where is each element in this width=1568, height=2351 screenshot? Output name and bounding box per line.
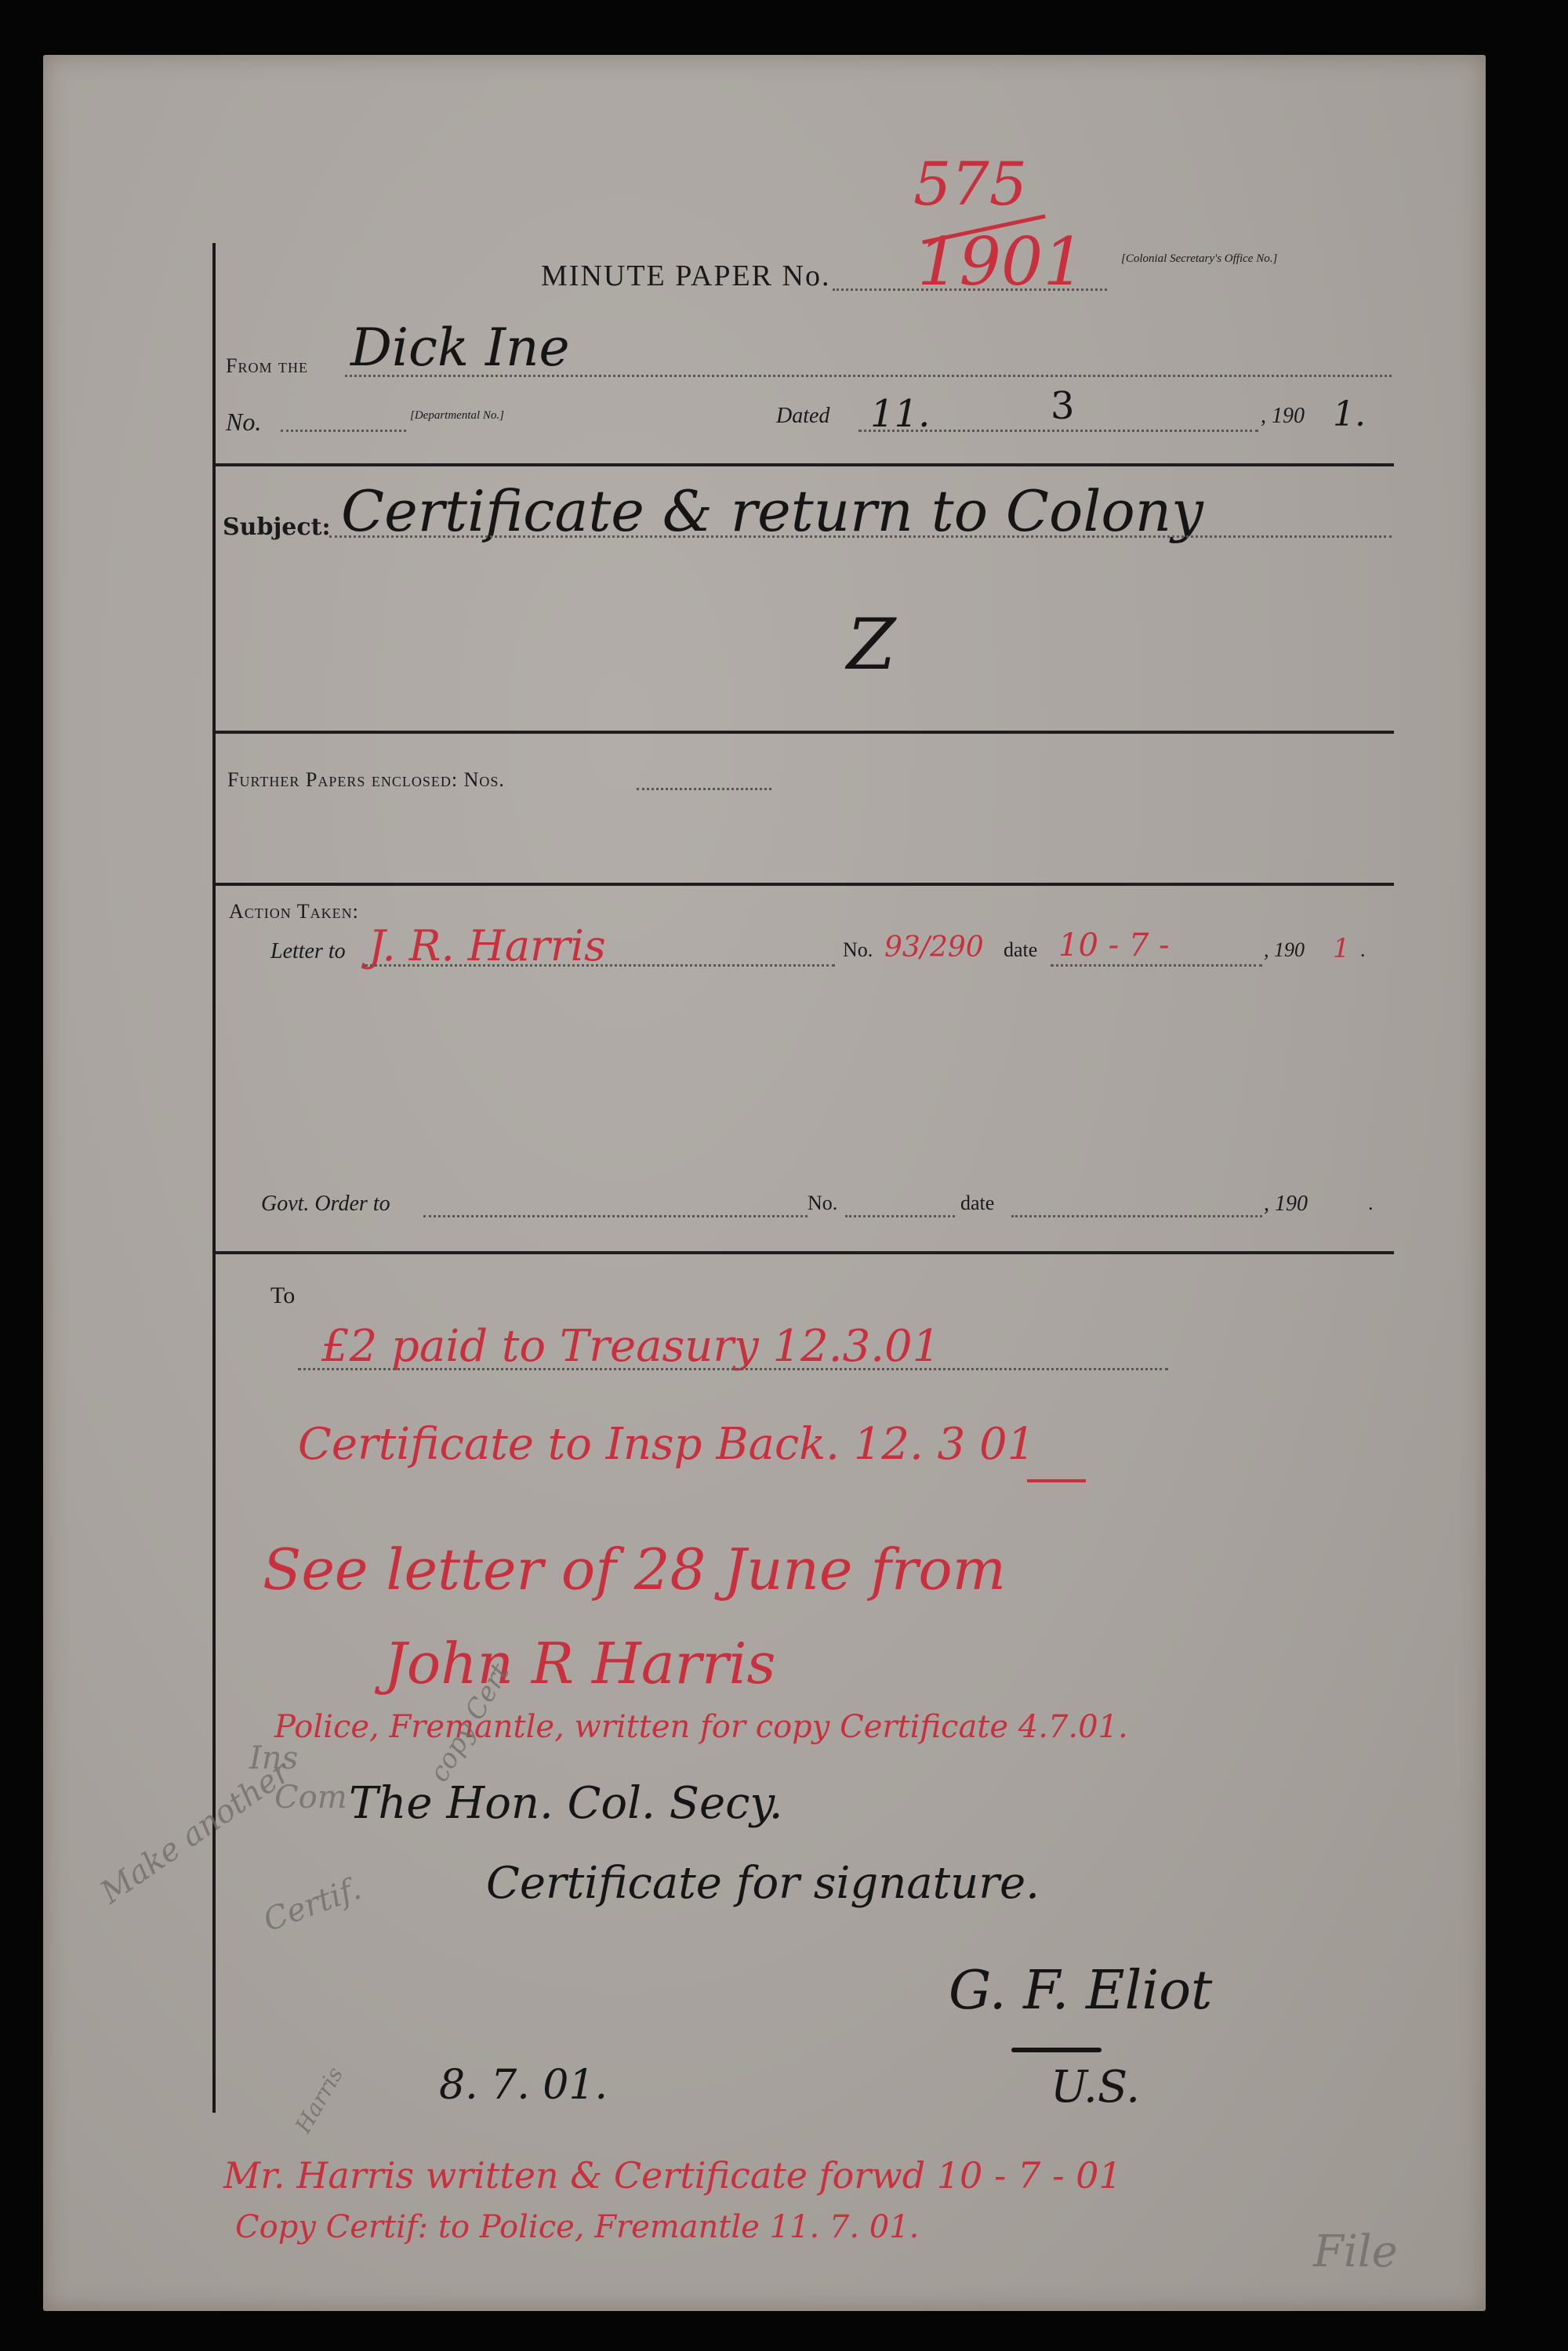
- dated-label: Dated: [776, 404, 829, 429]
- signature-title: U.S.: [1051, 2062, 1140, 2113]
- subject-mark: Z: [847, 604, 896, 686]
- note-treasury-dotline: [298, 1368, 1168, 1370]
- pencil-note-file: File: [1313, 2226, 1398, 2277]
- govt-order-no-dotline: [845, 1215, 955, 1217]
- ref-no-label: No.: [226, 408, 261, 437]
- dated-year-suffix: 1.: [1333, 394, 1366, 434]
- dated-year-prefix: , 190: [1261, 404, 1305, 429]
- action-year-end: .: [1360, 938, 1366, 962]
- govt-order-date-dotline: [1011, 1215, 1262, 1217]
- divider-after-subject: [216, 731, 1394, 734]
- dated-month: 3: [1051, 384, 1075, 428]
- minute-number-bottom: 1901: [917, 223, 1085, 300]
- from-value: Dick Ine: [350, 317, 570, 378]
- divider-after-further-papers: [216, 883, 1394, 886]
- dept-note: [Departmental No.]: [410, 409, 504, 423]
- minute-date: 8. 7. 01.: [439, 2062, 608, 2109]
- note-treasury-payment: £2 paid to Treasury 12.3.01: [321, 1321, 940, 1372]
- govt-order-year: , 190: [1264, 1192, 1308, 1217]
- further-papers-label: Further Papers enclosed: Nos.: [227, 768, 505, 792]
- note-police-fremantle: Police, Fremantle, written for copy Cert…: [274, 1709, 1128, 1745]
- signature-flourish: [1011, 2048, 1102, 2052]
- ref-no-dotline: [281, 430, 406, 432]
- note-hon-col-secy: The Hon. Col. Secy.: [349, 1778, 783, 1829]
- note-john-harris: John R Harris: [384, 1631, 775, 1696]
- minute-paper-sheet: [43, 55, 1486, 2311]
- letter-to-label: Letter to: [270, 939, 346, 964]
- note-certificate-insp: Certificate to Insp Back. 12. 3 01: [298, 1419, 1035, 1470]
- from-label: From the: [226, 354, 308, 378]
- govt-order-dotline: [423, 1215, 808, 1217]
- subject-value: Certificate & return to Colony: [341, 478, 1203, 544]
- divider-after-reference: [216, 463, 1394, 466]
- letter-to-dotline: [365, 964, 835, 967]
- action-date-label: date: [1004, 938, 1037, 962]
- note-see-letter: See letter of 28 June from: [263, 1536, 1006, 1602]
- note-certificate-signature: Certificate for signature.: [486, 1858, 1040, 1909]
- action-date-value: 10 - 7 -: [1058, 927, 1170, 963]
- page-title: MINUTE PAPER No.: [541, 259, 830, 293]
- letter-to-value: J. R. Harris: [368, 921, 606, 971]
- footer-note-harris-written: Mr. Harris written & Certificate forwd 1…: [223, 2154, 1122, 2197]
- subject-dotline: [329, 535, 1392, 538]
- action-year-suffix: 1: [1333, 933, 1350, 964]
- divider-after-govt-order: [216, 1251, 1394, 1254]
- action-year-prefix: , 190: [1264, 938, 1305, 962]
- action-taken-label: Action Taken:: [229, 900, 359, 923]
- action-date-dotline: [1051, 964, 1262, 967]
- office-number-note: [Colonial Secretary's Office No.]: [1121, 252, 1277, 266]
- dated-dotline: [858, 430, 1258, 432]
- govt-order-label: Govt. Order to: [261, 1192, 390, 1217]
- footer-note-copy-certif: Copy Certif: to Police, Fremantle 11. 7.…: [235, 2209, 919, 2245]
- subject-label: Subject:: [223, 513, 331, 541]
- action-no-value: 93/290: [884, 931, 984, 963]
- note-certificate-underline: [1027, 1479, 1086, 1482]
- govt-order-no-label: No.: [808, 1192, 837, 1215]
- from-dotline: [345, 375, 1392, 377]
- further-papers-dotline: [637, 788, 771, 790]
- govt-order-year-end: .: [1368, 1192, 1374, 1215]
- action-no-label: No.: [843, 938, 873, 962]
- govt-order-date-label: date: [960, 1192, 994, 1215]
- to-label: To: [270, 1283, 295, 1309]
- signature-eliot: G. F. Eliot: [949, 1960, 1212, 2022]
- minute-number-top: 575: [913, 149, 1027, 219]
